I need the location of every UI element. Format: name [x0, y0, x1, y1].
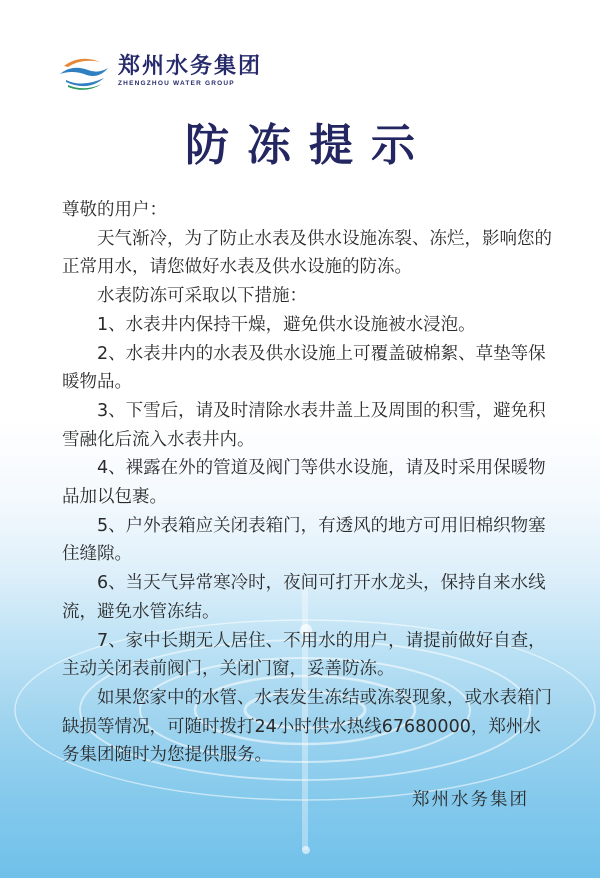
- measure-item: 4、裸露在外的管道及阀门等供水设施，请及时采用保暖物品加以包裹。: [62, 454, 554, 511]
- logo-company-name-en: ZHENGZHOU WATER GROUP: [118, 79, 262, 89]
- closing-paragraph: 如果您家中的水管、水表发生冻结或冻裂现象，或水表箱门缺损等情况，可随时拨打24小…: [62, 684, 554, 770]
- water-wave-logo-icon: [58, 52, 110, 92]
- signature: 郑州水务集团: [412, 786, 529, 814]
- measure-item: 3、下雪后，请及时清除水表井盖上及周围的积雪，避免积雪融化后流入水表井内。: [62, 397, 554, 454]
- measure-item: 7、家中长期无人居住、不用水的用户，请提前做好自查，主动关闭表前阀门，关闭门窗，…: [62, 627, 554, 684]
- measures-heading: 水表防冻可采取以下措施：: [62, 282, 554, 311]
- logo-company-name: 郑州水务集团: [118, 55, 262, 79]
- greeting: 尊敬的用户：: [62, 196, 554, 225]
- measure-item: 1、水表井内保持干燥，避免供水设施被水浸泡。: [62, 311, 554, 340]
- intro-paragraph: 天气渐冷，为了防止水表及供水设施冻裂、冻烂，影响您的正常用水，请您做好水表及供水…: [62, 225, 554, 282]
- measure-item: 2、水表井内的水表及供水设施上可覆盖破棉絮、草垫等保暖物品。: [62, 340, 554, 397]
- measure-item: 6、当天气异常寒冷时，夜间可打开水龙头，保持自来水线流，避免水管冻结。: [62, 569, 554, 626]
- company-logo: 郑州水务集团 ZHENGZHOU WATER GROUP: [58, 52, 262, 92]
- measure-item: 5、户外表箱应关闭表箱门，有透风的地方可用旧棉织物塞住缝隙。: [62, 512, 554, 569]
- notice-title: 防冻提示: [0, 118, 600, 174]
- notice-body: 尊敬的用户： 天气渐冷，为了防止水表及供水设施冻裂、冻烂，影响您的正常用水，请您…: [62, 196, 554, 770]
